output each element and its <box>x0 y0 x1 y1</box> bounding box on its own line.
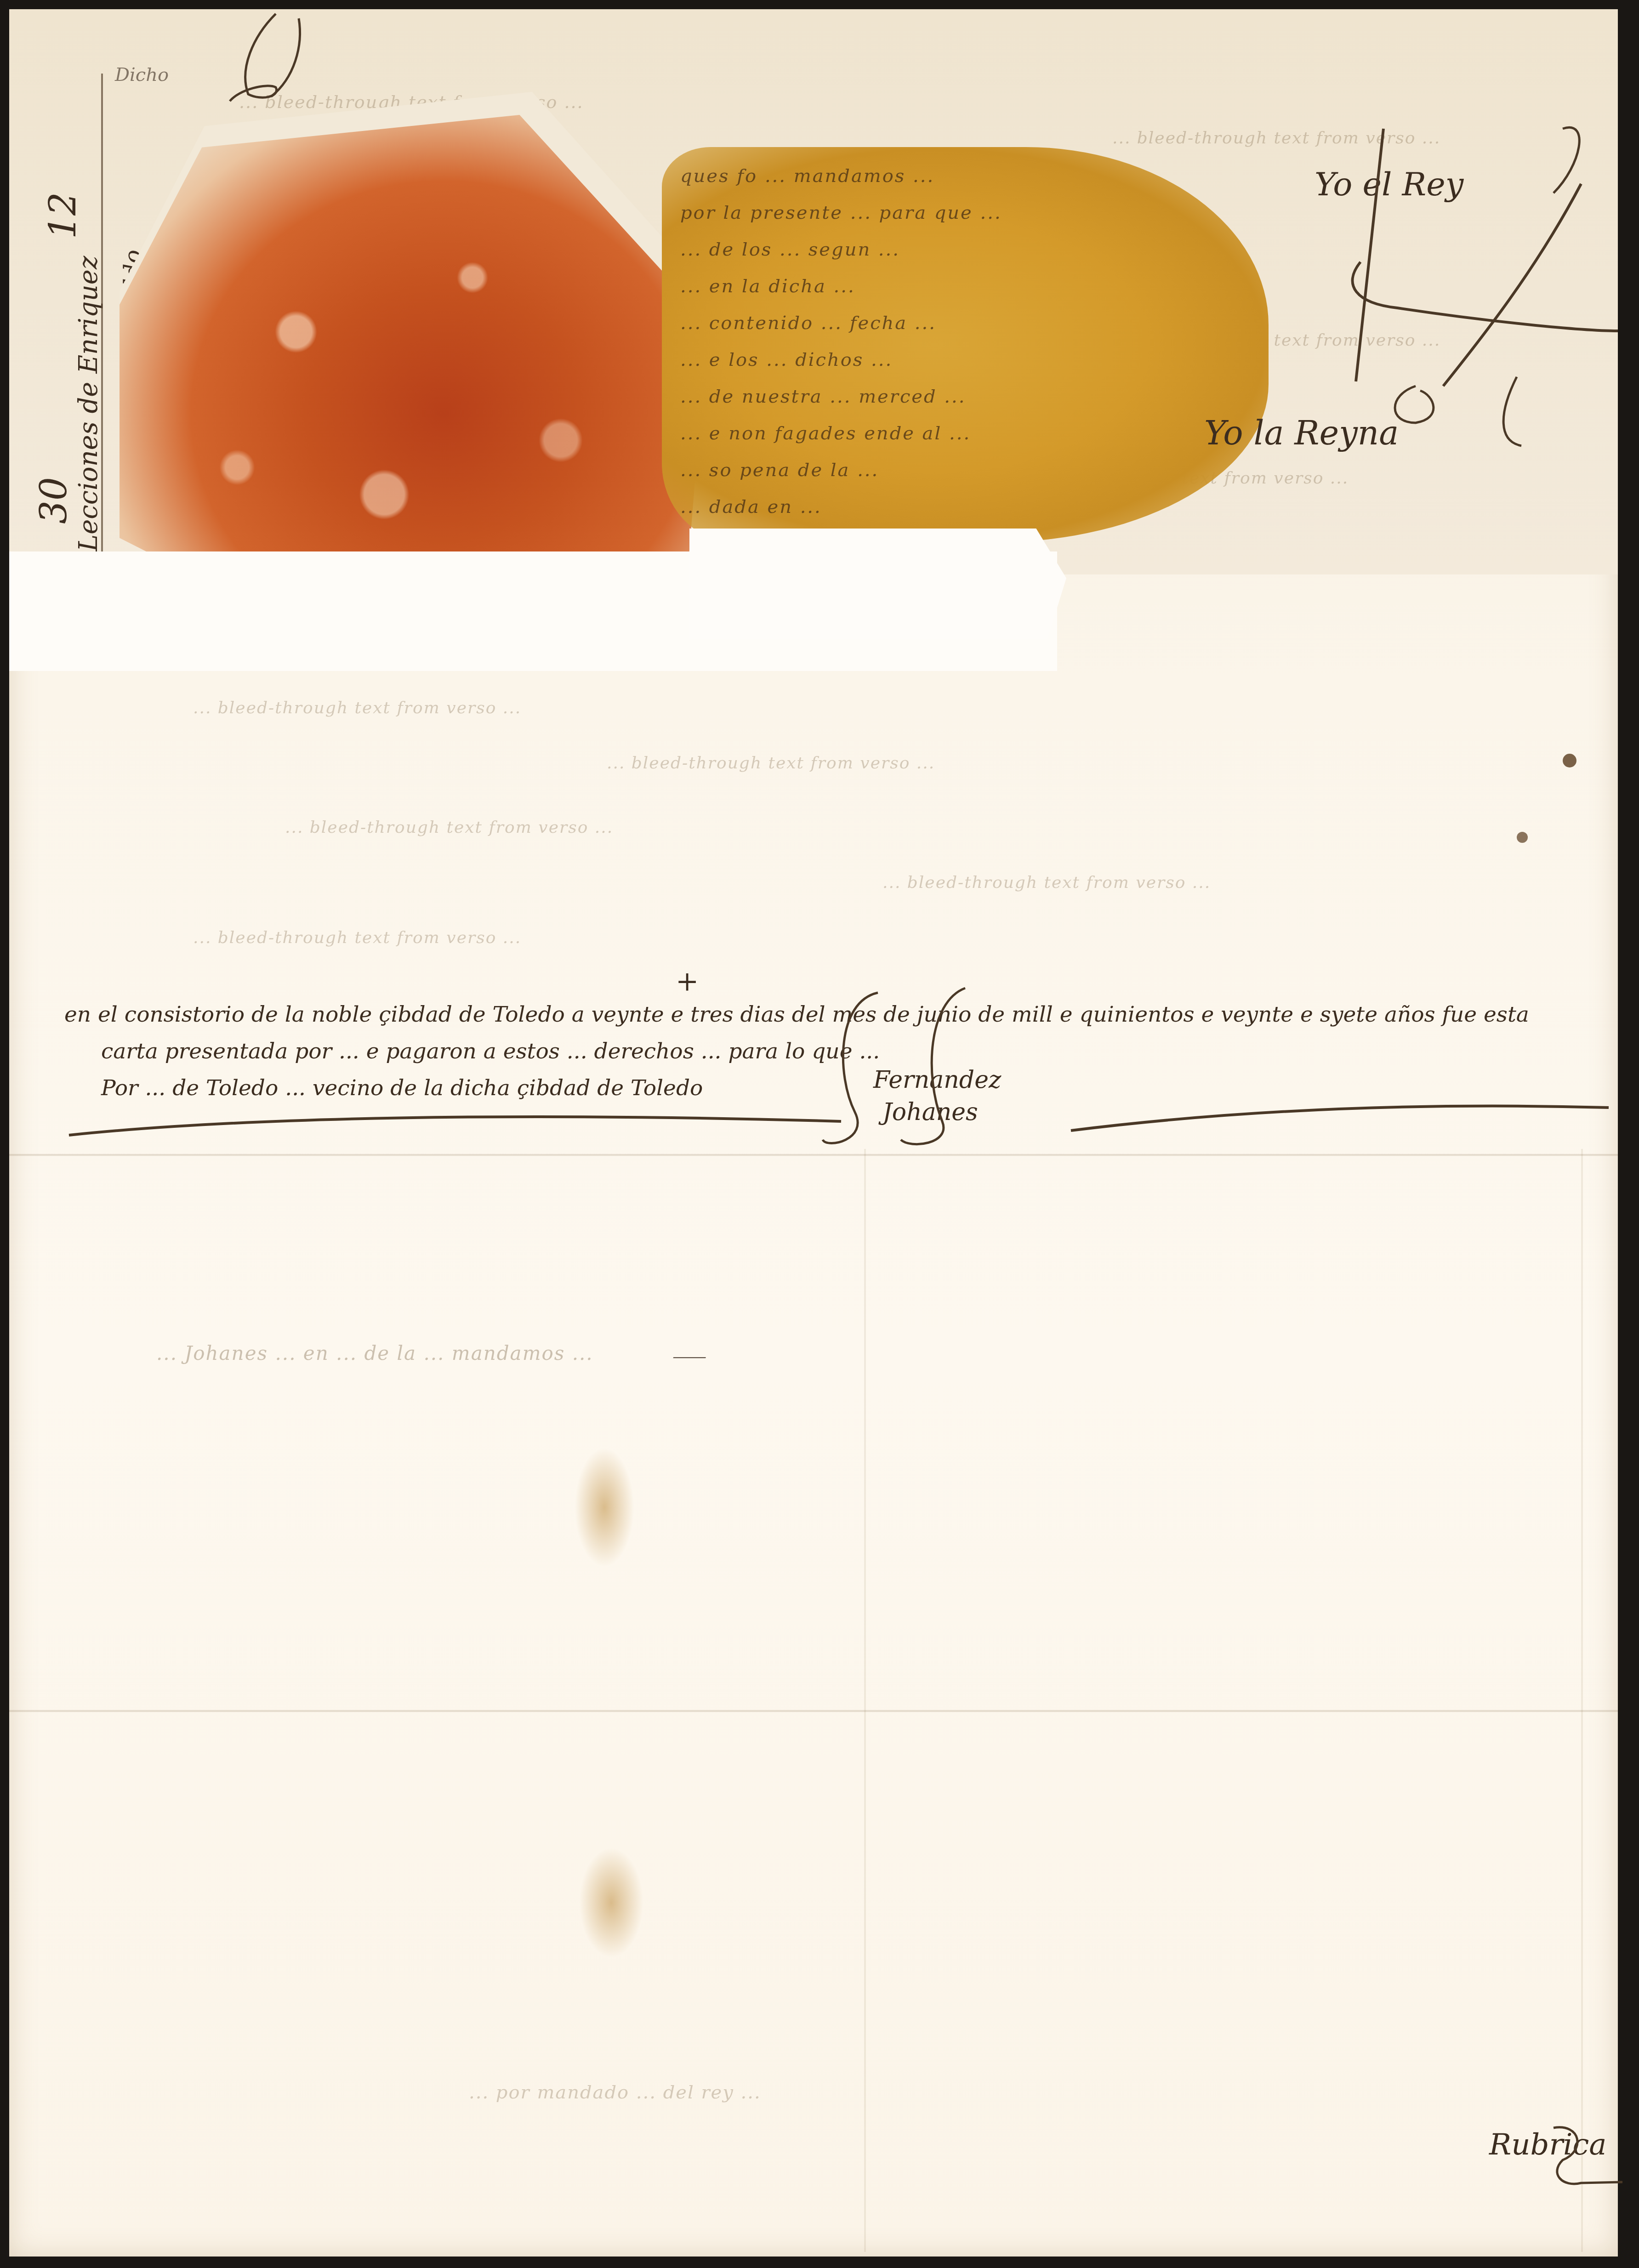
seal-text-line: ... de los ... segun ... <box>680 239 900 260</box>
water-stain <box>579 1847 643 1958</box>
margin-top-note: Dicho <box>115 64 169 85</box>
seal-text-line: ... e non fagades ende al ... <box>680 423 971 444</box>
margin-note-line-1: Lecciones de Enriquez <box>74 256 103 551</box>
seal-text-line: por la presente ... para que ... <box>680 202 1002 223</box>
notary-flourish-icon <box>809 983 1085 1158</box>
vertical-fold <box>1581 1149 1583 2252</box>
white-paper-tab <box>689 529 1066 639</box>
seal-text-line: ... contenido ... fecha ... <box>680 313 936 334</box>
endorsement-line-1: en el consistorio de la noble çibdad de … <box>64 1002 1529 1027</box>
water-stain <box>575 1448 634 1567</box>
king-signature-flourish-icon <box>1305 110 1627 395</box>
bottom-faint-line: ... por mandado ... del rey ... <box>469 2082 761 2103</box>
faint-bleed-text: ... bleed-through text from verso ... <box>607 754 935 773</box>
seal-text-line: ... so pena de la ... <box>680 460 879 481</box>
manuscript-sheet: ... bleed-through text from verso ... ..… <box>9 9 1618 2257</box>
ink-spot <box>1563 754 1576 767</box>
top-flourish-icon <box>211 9 322 119</box>
lower-faint-line: ... Johanes ... en ... de la ... mandamo… <box>156 1342 593 1364</box>
seal-text-line: ques fo ... mandamos ... <box>680 165 934 187</box>
yellow-paper-seal: ques fo ... mandamos ... por la presente… <box>662 147 1269 542</box>
endorsement-line-2: carta presentada por ... e pagaron a est… <box>101 1039 880 1064</box>
margin-number-30: 30 <box>32 477 75 524</box>
seal-text-line: ... dada en ... <box>680 496 822 517</box>
queen-signature-flourish-icon <box>1379 368 1544 487</box>
ink-spot <box>1517 832 1528 843</box>
seal-text-line: ... en la dicha ... <box>680 276 855 297</box>
faint-bleed-text: ... bleed-through text from verso ... <box>882 873 1211 892</box>
rubric-flourish-icon <box>1471 2114 1627 2206</box>
lower-faint-ink: ⸺ <box>671 1340 705 1369</box>
vertical-fold <box>864 1149 866 2252</box>
endorsement-cross: + <box>676 965 699 997</box>
faint-bleed-text: ... bleed-through text from verso ... <box>285 818 613 837</box>
horizontal-fold <box>9 1154 1618 1156</box>
queen-signature: Yo la Reyna <box>1204 414 1399 452</box>
margin-number-12: 12 <box>41 192 84 239</box>
seal-text-line: ... e los ... dichos ... <box>680 349 893 370</box>
margin-rule <box>101 74 103 556</box>
faint-bleed-text: ... bleed-through text from verso ... <box>193 928 521 947</box>
horizontal-fold <box>9 1710 1618 1712</box>
seal-text-line: ... de nuestra ... merced ... <box>680 386 966 407</box>
faint-bleed-text: ... bleed-through text from verso ... <box>193 699 521 717</box>
